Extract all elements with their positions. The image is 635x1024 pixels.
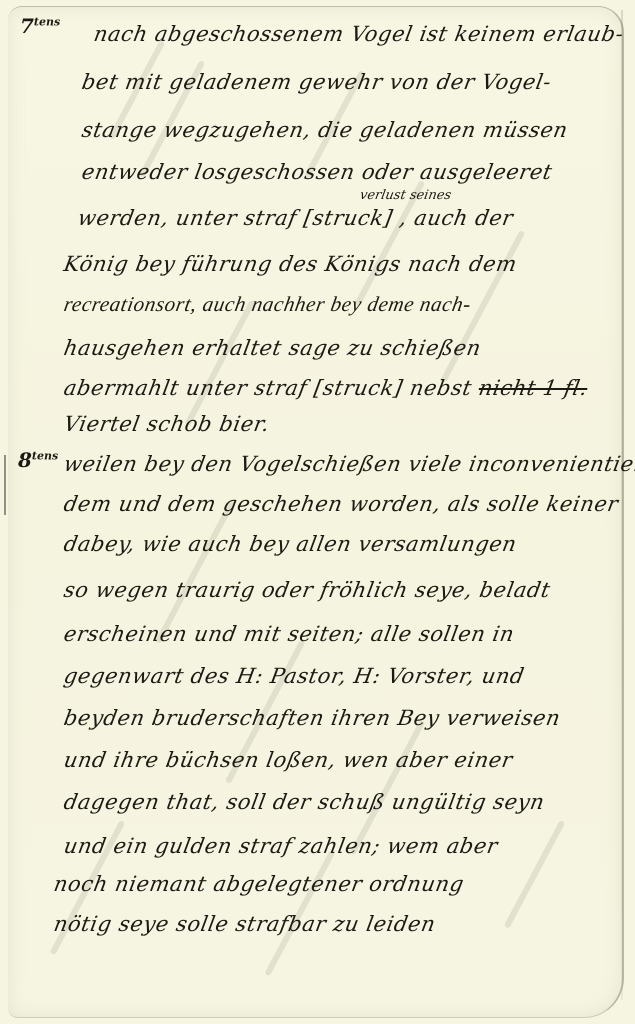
text-line: nötig seye solle strafbar zu leiden — [52, 912, 438, 936]
text-line: weilen bey den Vogelschießen viele incon… — [62, 452, 635, 476]
margin-note-suffix: tens — [34, 15, 60, 28]
margin-note-number: 8 — [18, 448, 32, 472]
margin-note-number: 7 — [20, 14, 34, 38]
margin-note-suffix: tens — [32, 449, 58, 462]
text-line: bet mit geladenem gewehr von der Vogel- — [80, 70, 553, 94]
text-line: dabey, wie auch bey allen versamlungen — [62, 532, 519, 556]
text-line: nach abgeschossenem Vogel ist keinem erl… — [92, 22, 626, 46]
text-line: dagegen that, soll der schuß ungültig se… — [62, 790, 547, 814]
manuscript-page: 7tens nach abgeschossenem Vogel ist kein… — [0, 0, 635, 1024]
text-line-with-strike: werden, unter straf [struck] , auch der — [76, 206, 515, 230]
text-line: stange wegzugehen, die geladenen müssen — [80, 118, 570, 142]
text-line: so wegen traurig oder fröhlich seye, bel… — [62, 578, 552, 602]
struck-word: nicht 1 fl. — [477, 376, 590, 400]
left-edge-mark — [4, 455, 6, 515]
text-line: entweder losgeschossen oder ausgeleeret — [80, 160, 554, 184]
page-right-edge — [621, 10, 623, 1000]
text-line: abermahlt unter straf [struck] nebst — [62, 376, 474, 400]
text-line: noch niemant abgelegtener ordnung — [52, 872, 466, 896]
text-line: werden, unter straf [struck] , auch der — [76, 206, 515, 230]
interlinear-insertion: verlust seines — [359, 188, 453, 203]
margin-note-8tens: 8tens — [18, 448, 58, 472]
text-line-with-strike: abermahlt unter straf [struck] nebst nic… — [62, 376, 590, 400]
text-line: erscheinen und mit seiten; alle sollen i… — [62, 622, 516, 646]
text-line: recreationsort, auch nachher bey deme na… — [62, 292, 473, 317]
text-line: und ihre büchsen loßen, wen aber einer — [62, 748, 515, 772]
text-line: beyden bruderschaften ihren Bey verweise… — [62, 706, 562, 730]
text-line: gegenwart des H: Pastor, H: Vorster, und — [62, 664, 526, 688]
text-line: Viertel schob bier. — [62, 412, 272, 436]
text-line: dem und dem geschehen worden, als solle … — [62, 492, 620, 516]
text-line: hausgehen erhaltet sage zu schießen — [62, 336, 483, 360]
text-line: und ein gulden straf zahlen; wem aber — [62, 834, 500, 858]
text-line: König bey führung des Königs nach dem — [62, 252, 519, 276]
margin-note-7tens: 7tens — [20, 14, 60, 38]
